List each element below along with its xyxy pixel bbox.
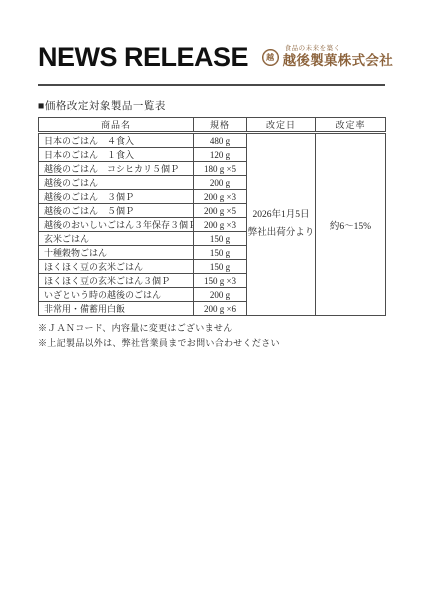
product-spec-cell: 120 g — [194, 148, 247, 162]
product-name-cell: 越後のごはん ５個Ｐ — [39, 204, 194, 218]
product-name-cell: 越後のおいしいごはん３年保存３個Ｐ — [39, 218, 194, 232]
product-name-cell: 越後のごはん ３個Ｐ — [39, 190, 194, 204]
product-spec-cell: 150 g — [194, 232, 247, 246]
product-spec-cell: 200 g ×6 — [194, 302, 247, 316]
product-spec-cell: 150 g — [194, 246, 247, 260]
product-spec-cell: 480 g — [194, 133, 247, 148]
product-spec-cell: 200 g — [194, 176, 247, 190]
column-header-revision-rate: 改定率 — [316, 118, 386, 133]
price-revision-table: 商品名 規格 改定日 改定率 日本のごはん ４食入480 g2026年1月5日弊… — [38, 117, 386, 316]
revision-date-line: 2026年1月5日 — [247, 207, 315, 224]
logo-text: 食品の未来を築く 越後製菓株式会社 — [283, 45, 393, 68]
product-spec-cell: 180 g ×5 — [194, 162, 247, 176]
product-spec-cell: 150 g — [194, 260, 247, 274]
company-emblem-icon: 越 — [262, 49, 279, 66]
product-name-cell: 十種穀物ごはん — [39, 246, 194, 260]
table-header-row: 商品名 規格 改定日 改定率 — [39, 118, 386, 133]
company-name: 越後製菓株式会社 — [283, 53, 393, 69]
product-name-cell: いざという時の越後のごはん — [39, 288, 194, 302]
column-header-product-name: 商品名 — [39, 118, 194, 133]
product-name-cell: 日本のごはん １食入 — [39, 148, 194, 162]
product-name-cell: 日本のごはん ４食入 — [39, 133, 194, 148]
product-name-cell: 越後のごはん — [39, 176, 194, 190]
page-title: NEWS RELEASE — [38, 44, 248, 71]
product-name-cell: 非常用・備蓄用白飯 — [39, 302, 194, 316]
footer-notes: ※ＪＡＮコード、内容量に変更はございません ※上記製品以外は、弊社営業員までお問… — [38, 321, 393, 352]
column-header-revision-date: 改定日 — [247, 118, 316, 133]
news-release-page: NEWS RELEASE 越 食品の未来を築く 越後製菓株式会社 ■価格改定対象… — [0, 0, 424, 600]
product-table-body: 日本のごはん ４食入480 g2026年1月5日弊社出荷分より約6～15%日本の… — [39, 133, 386, 316]
product-spec-cell: 200 g ×3 — [194, 218, 247, 232]
company-logo: 越 食品の未来を築く 越後製菓株式会社 — [262, 45, 393, 68]
product-spec-cell: 200 g ×5 — [194, 204, 247, 218]
company-tagline: 食品の未来を築く — [283, 45, 393, 53]
revision-date-line: 弊社出荷分より — [247, 225, 315, 242]
header-divider — [38, 84, 385, 86]
revision-date-cell: 2026年1月5日弊社出荷分より — [247, 133, 316, 316]
product-name-cell: ほくほく豆の玄米ごはん — [39, 260, 194, 274]
column-header-spec: 規格 — [194, 118, 247, 133]
product-name-cell: 玄米ごはん — [39, 232, 194, 246]
note-jan-code: ※ＪＡＮコード、内容量に変更はございません — [38, 321, 393, 336]
section-title: ■価格改定対象製品一覧表 — [38, 98, 393, 113]
product-spec-cell: 200 g — [194, 288, 247, 302]
table-row: 日本のごはん ４食入480 g2026年1月5日弊社出荷分より約6～15% — [39, 133, 386, 148]
page-header: NEWS RELEASE 越 食品の未来を築く 越後製菓株式会社 — [38, 42, 393, 72]
product-spec-cell: 150 g ×3 — [194, 274, 247, 288]
product-name-cell: ほくほく豆の玄米ごはん３個Ｐ — [39, 274, 194, 288]
revision-rate-cell: 約6～15% — [316, 133, 386, 316]
table-header: 商品名 規格 改定日 改定率 — [39, 118, 386, 133]
product-spec-cell: 200 g ×3 — [194, 190, 247, 204]
product-name-cell: 越後のごはん コシヒカリ５個Ｐ — [39, 162, 194, 176]
note-contact: ※上記製品以外は、弊社営業員までお問い合わせください — [38, 336, 393, 351]
